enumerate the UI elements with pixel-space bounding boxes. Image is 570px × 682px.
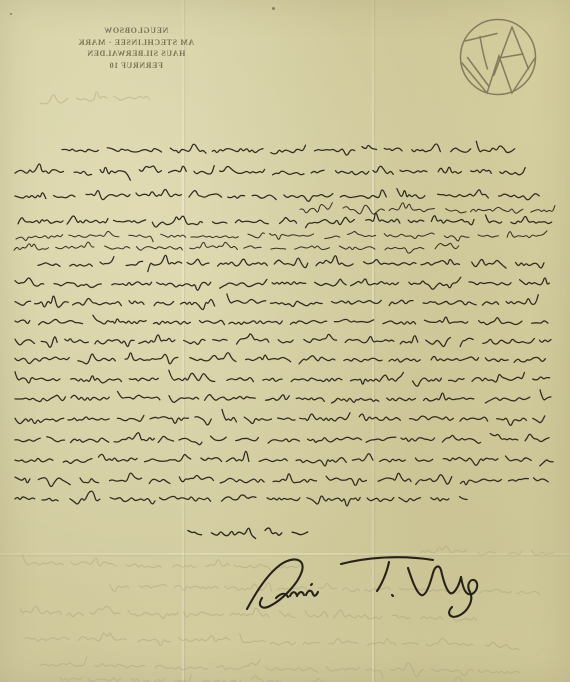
letter-page: NEUGLOBSOW AM STECHLINSEE · MARK HAUS SI… xyxy=(0,0,570,682)
letter-body-handwriting xyxy=(14,141,555,538)
handwriting-layer xyxy=(0,0,570,682)
signature-autograph xyxy=(247,557,477,617)
